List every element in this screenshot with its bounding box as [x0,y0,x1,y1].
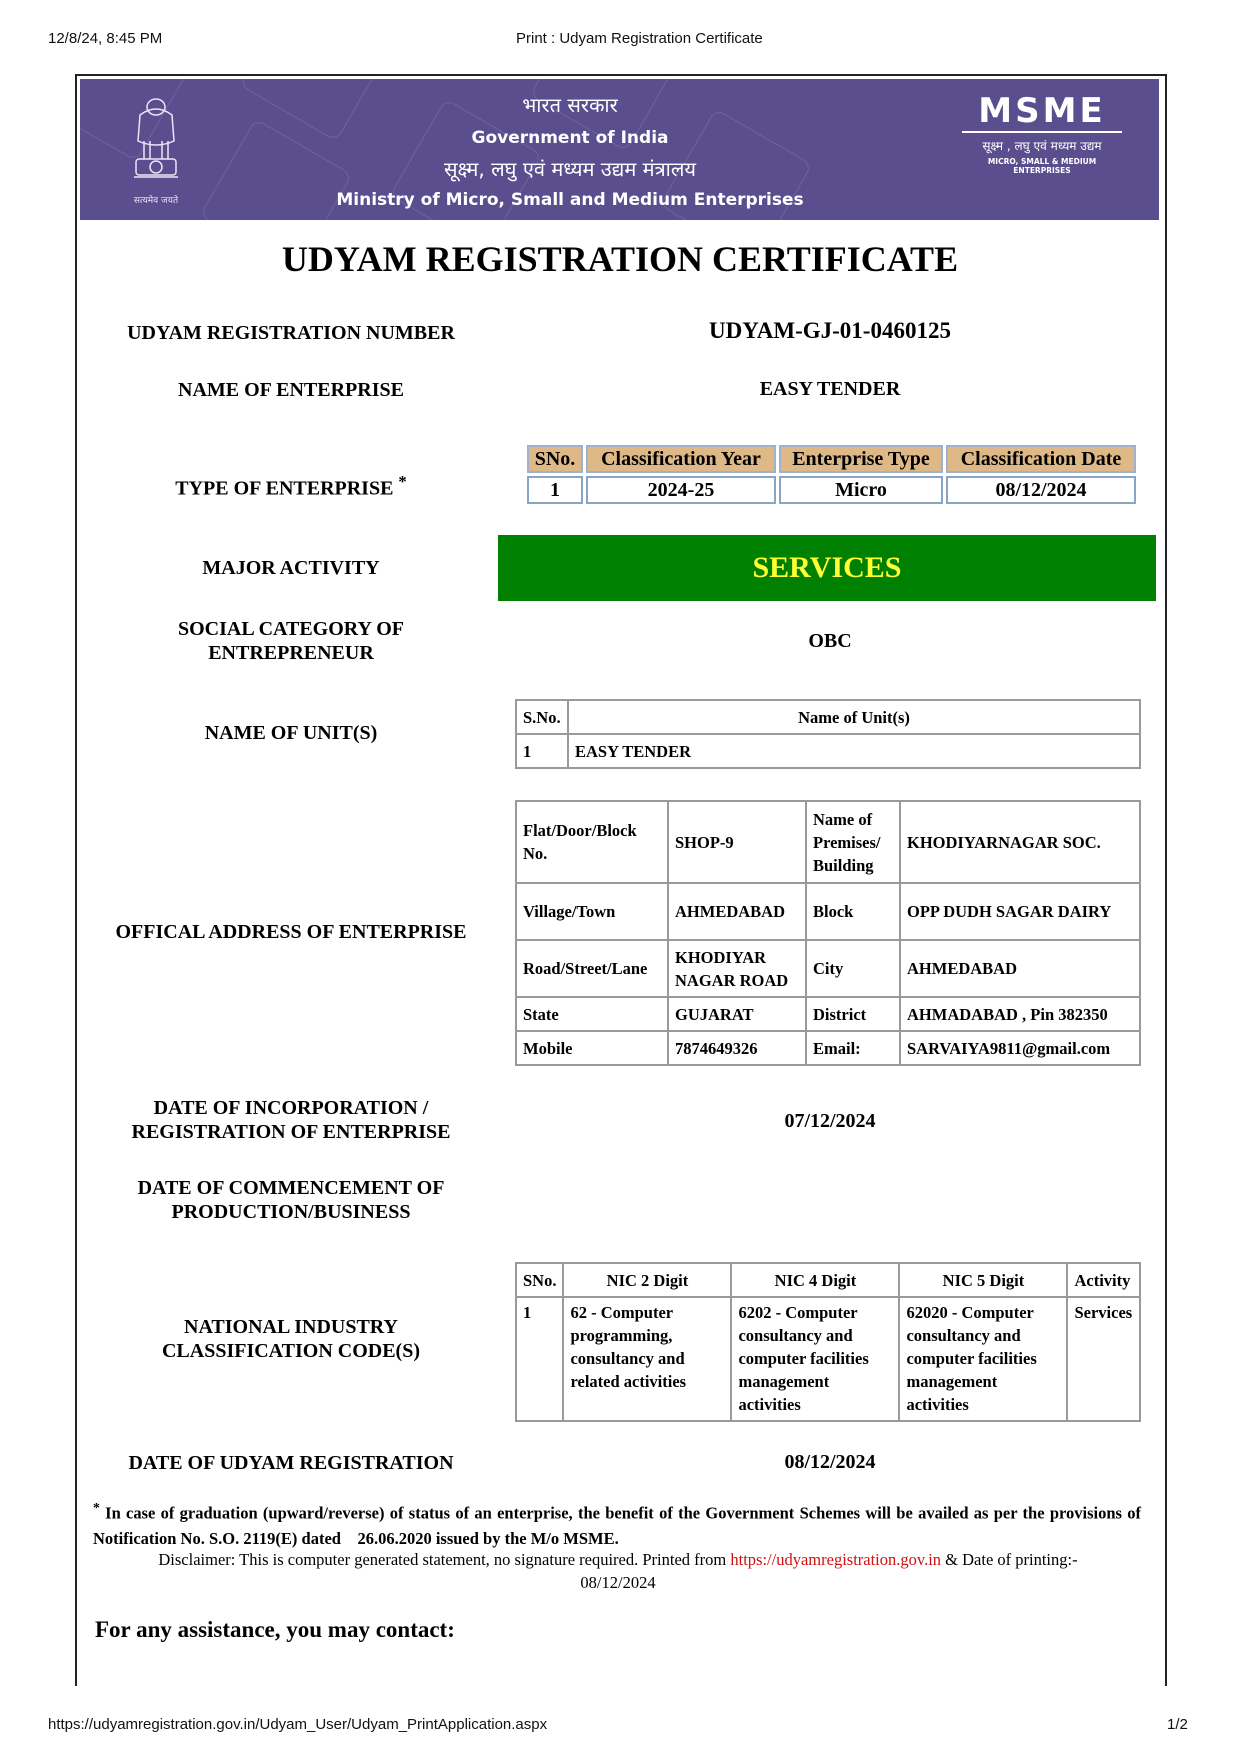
address-key: Name of Premises/ Building [806,801,900,883]
col-header-nic2: NIC 2 Digit [563,1263,731,1297]
address-key: Block [806,883,900,940]
address-key: Mobile [516,1031,668,1065]
email-value: SARVAIYA9811@gmail.com [900,1031,1140,1065]
print-datetime: 12/8/24, 8:45 PM [48,30,162,47]
col-header-nic4: NIC 4 Digit [731,1263,899,1297]
col-header-nic5: NIC 5 Digit [899,1263,1067,1297]
incorporation-label: DATE OF INCORPORATION / REGISTRATION OF … [92,1096,490,1144]
government-banner: सत्यमेव जयते भारत सरकार Government of In… [80,79,1159,220]
units-label: NAME OF UNIT(S) [92,721,490,745]
address-value: SHOP-9 [668,801,806,883]
banner-ministry-name: Ministry of Micro, Small and Medium Ente… [320,190,820,210]
print-url: https://udyamregistration.gov.in/Udyam_U… [48,1716,547,1733]
msme-logo-text: MSME [962,93,1122,129]
col-header-activity: Activity [1067,1263,1140,1297]
cell-activity: Services [1067,1297,1140,1421]
classification-table: SNo. Classification Year Enterprise Type… [524,442,1139,507]
nic-table: SNo. NIC 2 Digit NIC 4 Digit NIC 5 Digit… [515,1262,1141,1422]
cell-classification-date: 08/12/2024 [946,476,1136,504]
major-activity-label: MAJOR ACTIVITY [92,556,490,580]
address-key: City [806,940,900,997]
address-row: Road/Street/Lane KHODIYAR NAGAR ROAD Cit… [516,940,1140,997]
enterprise-name-value: EASY TENDER [500,378,1160,401]
cell-nic5: 62020 - Computer consultancy and compute… [899,1297,1067,1421]
col-header-unit-name: Name of Unit(s) [568,700,1140,734]
address-key: State [516,997,668,1031]
address-key: Email: [806,1031,900,1065]
social-category-label: SOCIAL CATEGORY OF ENTREPRENEUR [92,617,490,665]
banner-hindi-ministry: सूक्ष्म, लघु एवं मध्यम उद्यम मंत्रालय [320,155,820,182]
address-value: KHODIYAR NAGAR ROAD [668,940,806,997]
address-row: State GUJARAT District AHMADABAD , Pin 3… [516,997,1140,1031]
cell-unit-name: EASY TENDER [568,734,1140,768]
reg-number-value: UDYAM-GJ-01-0460125 [500,318,1160,344]
mobile-value: 7874649326 [668,1031,806,1065]
enterprise-name-label: NAME OF ENTERPRISE [92,378,490,402]
banner-government-of-india: Government of India [320,128,820,148]
cell-sno: 1 [527,476,583,504]
print-page-title: Print : Udyam Registration Certificate [516,30,763,47]
udyam-date-value: 08/12/2024 [500,1451,1160,1474]
table-row: 1 62 - Computer programming, consultancy… [516,1297,1140,1421]
col-header-classification-year: Classification Year [586,445,776,473]
address-key: Village/Town [516,883,668,940]
address-value: OPP DUDH SAGAR DAIRY [900,883,1140,940]
cell-sno: 1 [516,1297,563,1421]
incorporation-date: 07/12/2024 [500,1110,1160,1133]
address-value: AHMADABAD , Pin 382350 [900,997,1140,1031]
asterisk: * [398,472,406,491]
cell-classification-year: 2024-25 [586,476,776,504]
address-value: AHMEDABAD [900,940,1140,997]
address-row: Village/Town AHMEDABAD Block OPP DUDH SA… [516,883,1140,940]
major-activity-value: SERVICES [498,535,1156,601]
address-row: Mobile 7874649326 Email: SARVAIYA9811@gm… [516,1031,1140,1065]
social-category-value: OBC [500,630,1160,653]
emblem-motto: सत्यमेव जयते [120,193,192,206]
print-page-number: 1/2 [1167,1716,1188,1733]
address-value: GUJARAT [668,997,806,1031]
address-table: Flat/Door/Block No. SHOP-9 Name of Premi… [515,800,1141,1066]
table-row: 1 2024-25 Micro 08/12/2024 [527,476,1136,504]
footnote: * In case of graduation (upward/reverse)… [93,1495,1141,1551]
address-value: AHMEDABAD [668,883,806,940]
type-label: TYPE OF ENTERPRISE * [92,470,490,501]
msme-logo-hindi: सूक्ष्म , लघु एवं मध्यम उद्यम [962,137,1122,154]
certificate-title: UDYAM REGISTRATION CERTIFICATE [80,238,1160,280]
national-emblem-icon [128,93,184,193]
col-header-sno: SNo. [527,445,583,473]
nic-label: NATIONAL INDUSTRY CLASSIFICATION CODE(S) [92,1315,490,1363]
contact-heading: For any assistance, you may contact: [95,1617,455,1643]
address-row: Flat/Door/Block No. SHOP-9 Name of Premi… [516,801,1140,883]
address-label: OFFICAL ADDRESS OF ENTERPRISE [92,920,490,944]
udyam-date-label: DATE OF UDYAM REGISTRATION [92,1451,490,1475]
units-table: S.No. Name of Unit(s) 1 EASY TENDER [515,699,1141,769]
address-value: KHODIYARNAGAR SOC. [900,801,1140,883]
disclaimer: Disclaimer: This is computer generated s… [93,1548,1143,1594]
address-key: Flat/Door/Block No. [516,801,668,883]
msme-logo-english: MICRO, SMALL & MEDIUM ENTERPRISES [962,157,1122,175]
table-row: 1 EASY TENDER [516,734,1140,768]
address-key: District [806,997,900,1031]
cell-enterprise-type: Micro [779,476,943,504]
commencement-label: DATE OF COMMENCEMENT OF PRODUCTION/BUSIN… [92,1176,490,1224]
printing-date: 08/12/2024 [580,1573,655,1592]
msme-logo: MSME सूक्ष्म , लघु एवं मध्यम उद्यम MICRO… [962,93,1122,175]
col-header-classification-date: Classification Date [946,445,1136,473]
cell-nic4: 6202 - Computer consultancy and computer… [731,1297,899,1421]
col-header-sno: S.No. [516,700,568,734]
banner-hindi-government: भारत सरकार [320,91,820,118]
cell-nic2: 62 - Computer programming, consultancy a… [563,1297,731,1421]
cell-sno: 1 [516,734,568,768]
reg-number-label: UDYAM REGISTRATION NUMBER [92,321,490,345]
udyam-website-link[interactable]: https://udyamregistration.gov.in [730,1550,941,1569]
address-key: Road/Street/Lane [516,940,668,997]
col-header-sno: SNo. [516,1263,563,1297]
col-header-enterprise-type: Enterprise Type [779,445,943,473]
